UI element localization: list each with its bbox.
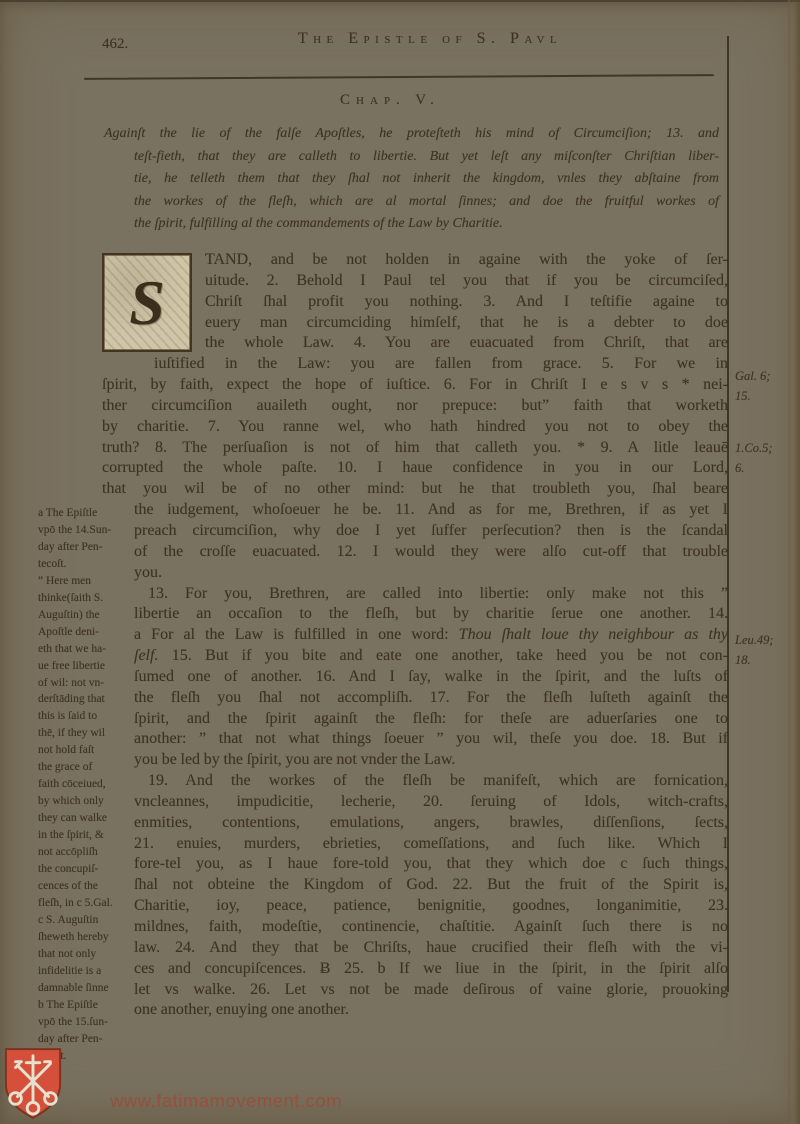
text-line: corrupted the whole paſte. 10. I haue co… xyxy=(102,458,728,479)
text-line: ſelf. 15. But if you bite and eate one a… xyxy=(134,646,728,667)
text-line: thinke(ſaith S. xyxy=(38,590,134,607)
text-line: they can walke xyxy=(38,810,134,827)
paragraph-2: 13. For you, Brethren, are called into l… xyxy=(102,584,728,772)
text-line: the grace of xyxy=(38,759,134,776)
text-line: ” Here men xyxy=(38,573,134,590)
text-line: you be led by the ſpirit, you are not vn… xyxy=(134,750,728,771)
text-line: ces and concupiſcences. Ƀ 25. b If we li… xyxy=(134,959,728,980)
text-line: the ſpirit, fulfilling al the commandeme… xyxy=(104,213,719,236)
text-line: derſtāding that xyxy=(38,691,134,708)
text-line: the concupiſ- xyxy=(38,861,134,878)
paragraph-3: 19. And the workes of the fleſh be manif… xyxy=(102,771,728,1021)
text-line: one another, enuying one another. xyxy=(134,1000,728,1021)
text-line: law. 24. And they that be Chriſts, haue … xyxy=(134,938,728,959)
text-line: TAND, and be not holden in againe with t… xyxy=(102,250,728,271)
drop-cap-letter: S xyxy=(129,271,165,335)
column-rule xyxy=(727,36,729,992)
text-segment: a For al the Law is fulfilled in one wor… xyxy=(134,626,459,643)
text-line: eth that we ha- xyxy=(38,641,134,658)
text-line: ſhal not obteine the Kingdom of God. 22.… xyxy=(134,875,728,896)
text-line: preach circumciſion, why doe I yet ſuffe… xyxy=(102,521,728,542)
text-line: a For al the Law is fulfilled in one wor… xyxy=(134,625,728,646)
text-line: uitude. 2. Behold I Paul tel you that if… xyxy=(102,271,728,292)
text-line: of the croſſe euacuated. 12. I would the… xyxy=(102,542,728,563)
text-line: iuſtified in the Law: you are fallen fro… xyxy=(102,354,728,375)
page-number: 462. xyxy=(102,36,128,53)
text-line: damnable ſinne xyxy=(38,980,134,997)
body-column: S TAND, and be not holden in againe with… xyxy=(102,250,728,1021)
text-line: 21. enuies, murders, ebrieties, comeſſat… xyxy=(134,834,728,855)
text-line: that you wil be of no other mind: but he… xyxy=(102,479,728,500)
text-line: vpō the 15.ſun- xyxy=(38,1014,134,1031)
left-margin-notes: a The Epiſtlevpō the 14.Sun-day after Pe… xyxy=(38,505,134,1064)
text-line: tie, he telleth them that they ſhal not … xyxy=(104,168,719,191)
text-line: c S. Auguſtin xyxy=(38,912,134,929)
chapter-argument: Againſt the lie of the falſe Apoſtles, h… xyxy=(104,123,719,236)
text-line: in the ſpirit, & xyxy=(38,827,134,844)
header-rule xyxy=(84,74,714,80)
text-line: vncleannes, impudicitie, lecherie, 20. ſ… xyxy=(134,792,728,813)
text-segment: Thou ſhalt loue thy neighbour as thy xyxy=(459,626,728,643)
scan-right-shadow xyxy=(788,0,800,1124)
text-line: Againſt the lie of the falſe Apoſtles, h… xyxy=(104,123,719,146)
text-line: fleſh, in c 5.Gal. xyxy=(38,895,134,912)
text-line: that not only xyxy=(38,946,134,963)
text-line: the iudgement, whoſoeuer he be. 11. And … xyxy=(102,500,728,521)
running-title: The Epistle of S. Pavl xyxy=(180,30,680,48)
scan-top-edge xyxy=(0,0,800,2)
text-line: by charitie. 7. You ranne wel, who hath … xyxy=(102,417,728,438)
text-line: the whole Law. 4. You are euacuated from… xyxy=(102,333,728,354)
text-line: Auguſtin) the xyxy=(38,607,134,624)
text-line: Apoſtle deni- xyxy=(38,624,134,641)
text-line: fore-tel you, as I haue fore-told you, t… xyxy=(134,854,728,875)
text-line: vpō the 14.Sun- xyxy=(38,522,134,539)
papal-keys-shield-icon xyxy=(2,1044,64,1122)
text-line: the fleſh you ſhal not accompliſh. 17. F… xyxy=(134,688,728,709)
text-line: faith cōceiued, xyxy=(38,776,134,793)
text-line: by which only xyxy=(38,793,134,810)
text-line: ſpirit, and the ſpirit againſt the fleſh… xyxy=(134,709,728,730)
text-line: ſumed one of another. 16. And I ſay, wal… xyxy=(134,667,728,688)
text-line: b The Epiſtle xyxy=(38,997,134,1014)
text-segment: ſelf. xyxy=(134,647,158,664)
text-line: 19. And the workes of the fleſh be manif… xyxy=(134,771,728,792)
text-line: the workes of the fleſh, which are al mo… xyxy=(104,191,719,214)
book-page-scan: 462. The Epistle of S. Pavl Chap. V. Aga… xyxy=(0,0,800,1124)
text-segment: 15. But if you bite and eate one another… xyxy=(158,647,728,664)
text-line: enmities, contentions, emulations, anger… xyxy=(134,813,728,834)
text-line: ſpirit, by faith, expect the hope of iuſ… xyxy=(102,375,728,396)
text-line: day after Pen- xyxy=(38,539,134,556)
text-line: mildnes, faith, modeſtie, continencie, c… xyxy=(134,917,728,938)
text-line: let vs walke. 26. Let vs not be made deſ… xyxy=(134,980,728,1001)
text-line: another: ” that not what things ſoeuer ”… xyxy=(134,729,728,750)
text-line: Chriſt ſhal profit you nothing. 3. And I… xyxy=(102,292,728,313)
text-line: this is ſaid to xyxy=(38,708,134,725)
text-line: teſt-fieth, that they are calleth to lib… xyxy=(104,146,719,169)
text-line: ther circumciſion auaileth ought, nor pr… xyxy=(102,396,728,417)
watermark-url: www.fatimamovement.com xyxy=(110,1090,342,1112)
text-line: infidelitie is a xyxy=(38,963,134,980)
text-line: ue free libertie xyxy=(38,658,134,675)
text-line: euery man circumciding himſelf, that he … xyxy=(102,313,728,334)
text-line: not accōpliſh xyxy=(38,844,134,861)
text-line: cences of the xyxy=(38,878,134,895)
text-line: libertie an occaſion to the fleſh, but b… xyxy=(134,604,728,625)
text-line: of wil: not vn- xyxy=(38,675,134,692)
text-line: tecoſt. xyxy=(38,556,134,573)
paragraph-1: S TAND, and be not holden in againe with… xyxy=(102,250,728,584)
chapter-heading: Chap. V. xyxy=(140,92,640,109)
drop-cap-initial: S xyxy=(102,253,192,352)
text-line: 13. For you, Brethren, are called into l… xyxy=(134,584,728,605)
text-line: truth? 8. The perſuaſion is not of him t… xyxy=(102,438,728,459)
text-line: not hold faſt xyxy=(38,742,134,759)
text-line: thē, if they wil xyxy=(38,725,134,742)
text-line: a The Epiſtle xyxy=(38,505,134,522)
text-line: Charitie, ioy, peace, patience, benignit… xyxy=(134,896,728,917)
text-line: you. xyxy=(102,563,728,584)
text-line: ſheweth hereby xyxy=(38,929,134,946)
